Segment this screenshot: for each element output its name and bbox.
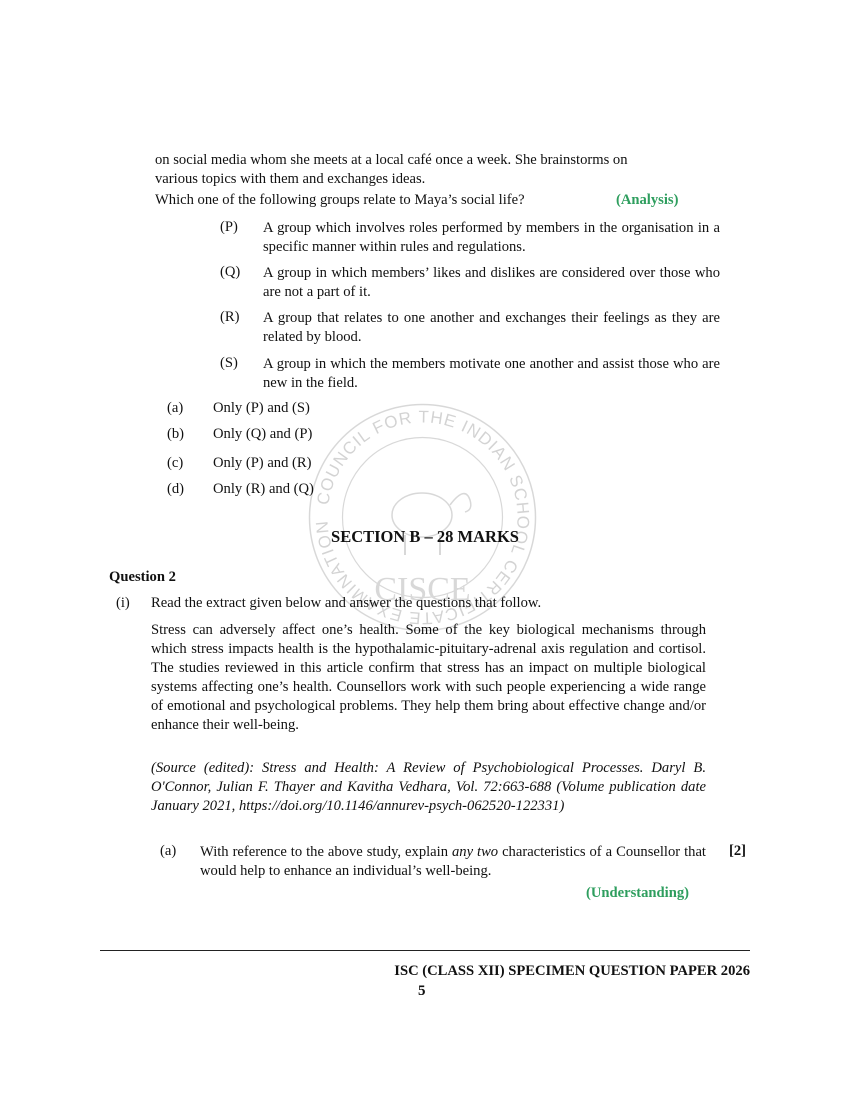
instruction: Read the extract given below and answer … [151,595,541,612]
footer-divider [100,950,750,951]
statement-Q: (Q) A group in which members’ likes and … [220,264,720,302]
page-number: 5 [418,983,426,1000]
intro-line-1: on social media whom she meets at a loca… [155,151,718,170]
section-title: SECTION B – 28 MARKS [0,527,850,547]
marks-badge: [2] [729,843,746,860]
extract-source: (Source (edited): Stress and Health: A R… [151,759,706,816]
sub-question-a-text: With reference to the above study, expla… [200,843,706,881]
option-label: (b) [167,426,184,443]
option-text: Only (R) and (Q) [213,481,314,498]
statement-text: A group in which the members motivate on… [263,355,720,393]
sub-question-text-part: With reference to the above study, expla… [200,844,452,860]
statement-text: A group in which members’ likes and disl… [263,264,720,302]
option-label: (a) [167,400,183,417]
sub-question-emphasis: any two [452,844,498,860]
extract-paragraph: Stress can adversely affect one’s health… [151,621,706,735]
statement-text: A group that relates to one another and … [263,309,720,347]
statement-P: (P) A group which involves roles perform… [220,219,720,257]
option-label: (d) [167,481,184,498]
statement-label: (Q) [220,264,240,281]
statement-S: (S) A group in which the members motivat… [220,355,720,393]
option-text: Only (P) and (S) [213,400,310,417]
footer-title: ISC (CLASS XII) SPECIMEN QUESTION PAPER … [394,963,750,980]
sub-question-a-label: (a) [160,843,176,860]
part-label: (i) [116,595,130,612]
statement-R: (R) A group that relates to one another … [220,309,720,347]
statement-text: A group which involves roles performed b… [263,219,720,257]
question-line: Which one of the following groups relate… [155,192,725,209]
svg-text:COUNCIL FOR THE INDIAN SCHOOL: COUNCIL FOR THE INDIAN SCHOOL CERTIFICAT… [305,400,533,628]
analysis-tag: (Analysis) [616,192,678,209]
statement-label: (P) [220,219,238,236]
option-label: (c) [167,455,183,472]
option-text: Only (P) and (R) [213,455,312,472]
question-text: Which one of the following groups relate… [155,192,525,208]
option-text: Only (Q) and (P) [213,426,312,443]
intro-line-2: various topics with them and exchanges i… [155,170,718,189]
statement-label: (S) [220,355,238,372]
question-2-title: Question 2 [109,569,176,586]
statement-label: (R) [220,309,239,326]
understanding-tag: (Understanding) [586,885,689,902]
